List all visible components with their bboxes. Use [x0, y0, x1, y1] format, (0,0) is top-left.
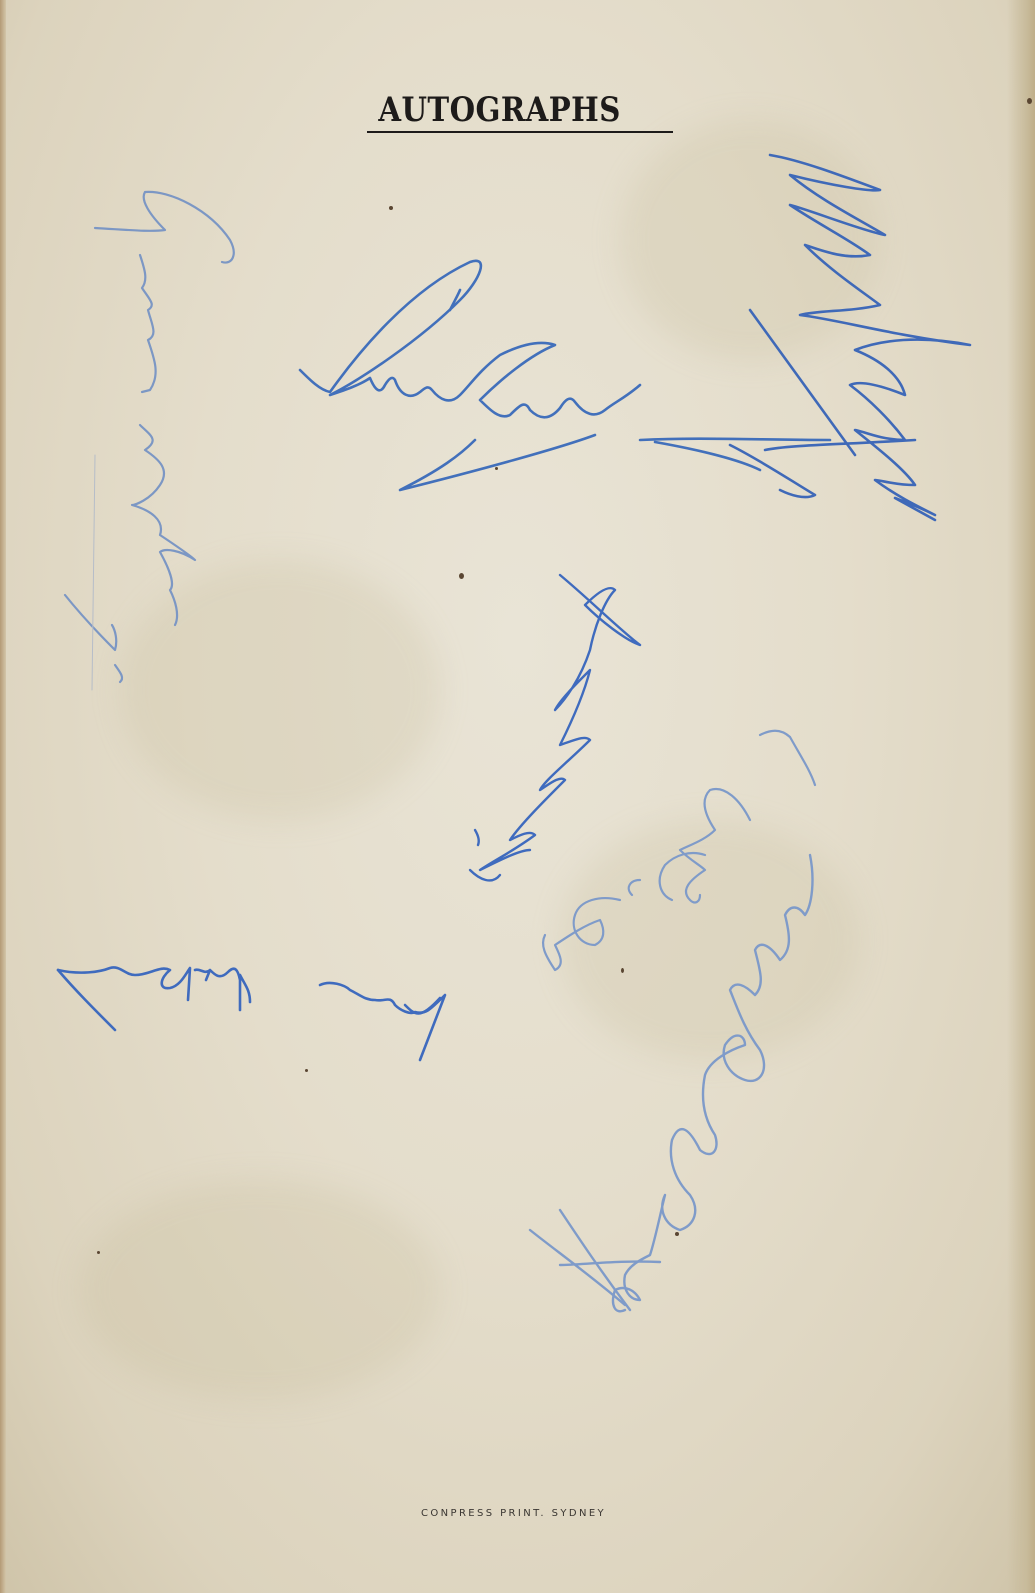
signatures-layer: [0, 0, 1035, 1593]
autograph-page: AUTOGRAPHS: [0, 0, 1035, 1593]
signature-center-right-faded: [543, 731, 815, 970]
signature-top-right: [730, 155, 970, 520]
signature-center-diagonal: [470, 575, 640, 880]
signature-left-vertical: [65, 192, 234, 690]
signature-bottom-left-inverted: [58, 967, 445, 1060]
printer-imprint: CONPRESS PRINT. SYDNEY: [421, 1508, 606, 1519]
signature-bottom-right-large: [530, 855, 812, 1311]
